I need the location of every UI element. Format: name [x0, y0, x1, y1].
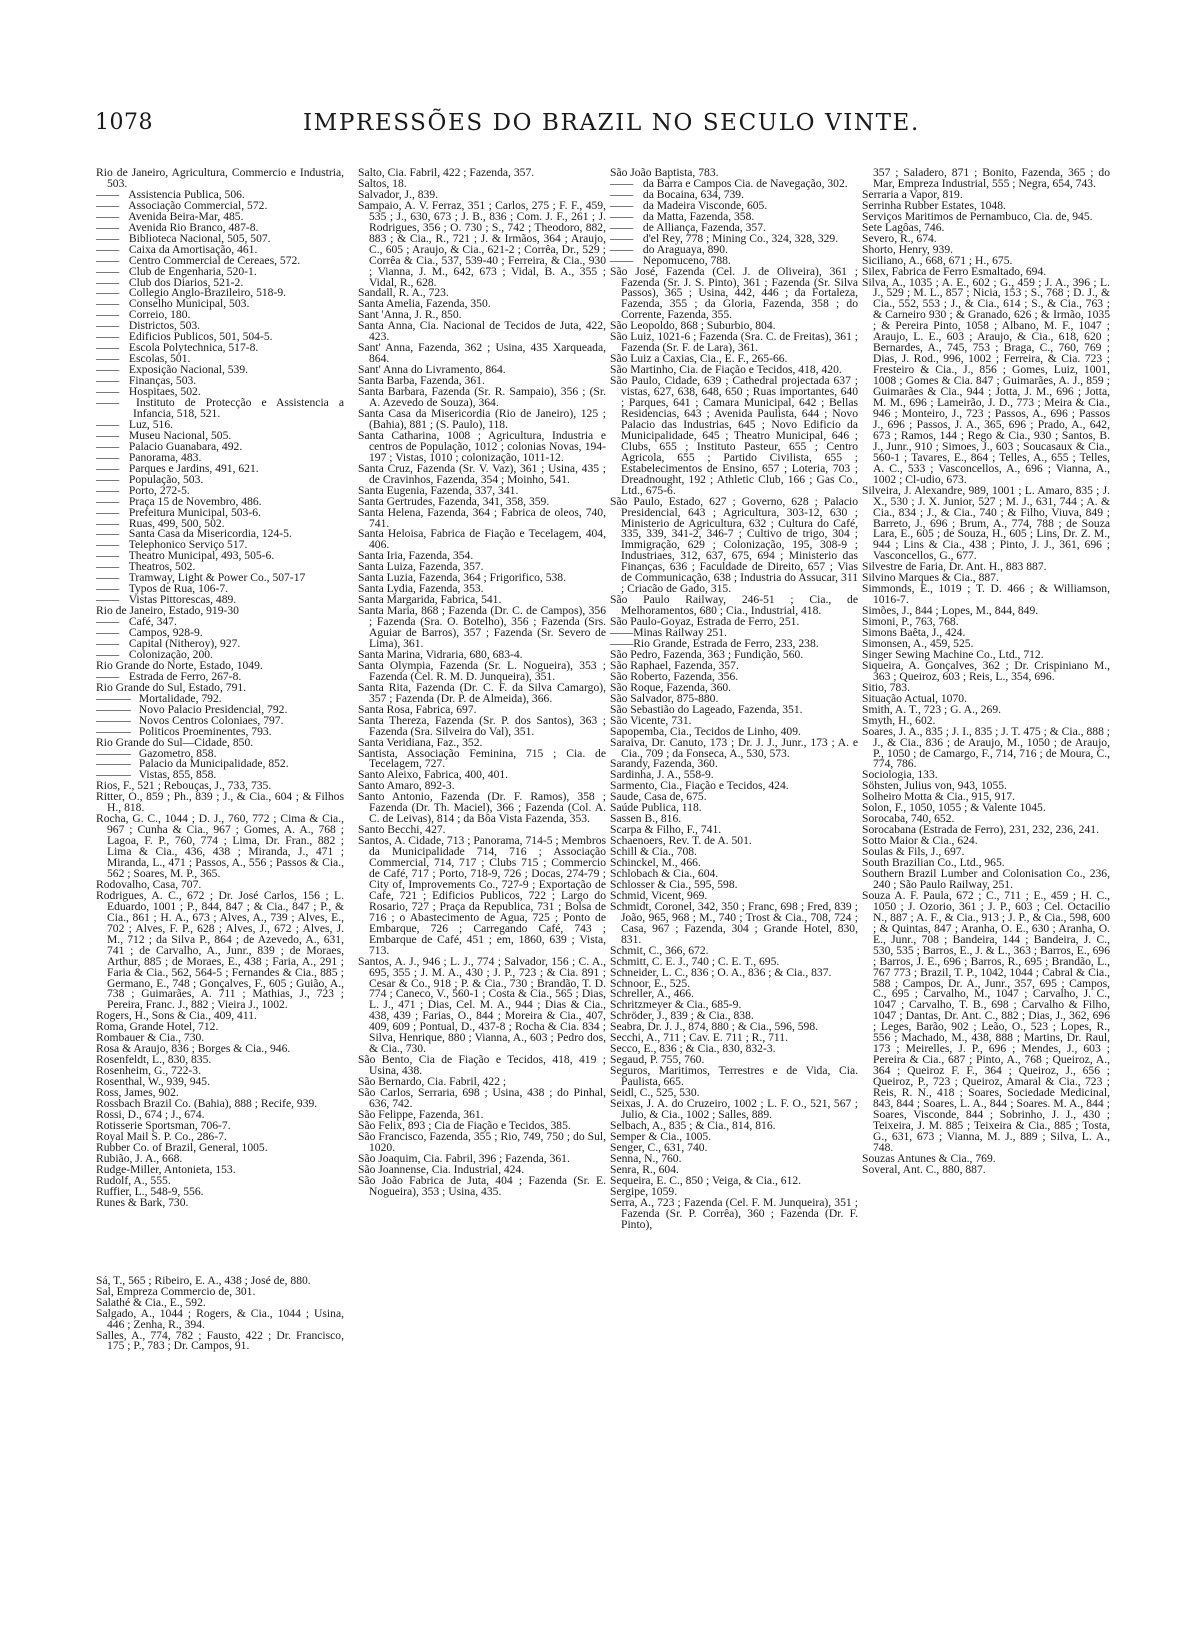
index-entry: Soveral, Ant. C., 880, 887.	[862, 1165, 1110, 1176]
index-entry: Santos, A. J., 946 ; L. J., 774 ; Salvad…	[358, 957, 606, 1056]
index-entry: São Bento, Cia de Fiação e Tecidos, 418,…	[358, 1055, 606, 1077]
index-entry: Santa Helena, Fazenda, 364 ; Fabrica de …	[358, 508, 606, 530]
page-header: 1078 IMPRESSÕES DO BRAZIL NO SECULO VINT…	[95, 110, 1095, 146]
index-entry: Santa Cruz, Fazenda (Sr. V. Vaz), 361 ; …	[358, 464, 606, 486]
index-entry: Santa Casa da Misericordia (Rio de Janei…	[358, 409, 606, 431]
index-entry: São Francisco, Fazenda, 355 ; Rio, 749, …	[358, 1132, 606, 1154]
index-entry: Runes & Bark, 730.	[96, 1198, 344, 1209]
index-entry: Sampaio, A. V. Ferraz, 351 ; Carlos, 275…	[358, 201, 606, 289]
index-entry: Santa Catharina, 1008 ; Agricultura, Ind…	[358, 431, 606, 464]
index-entry: Saraiva, Dr. Canuto, 173 ; Dr. J. J., Ju…	[610, 738, 858, 760]
index-entry: Rio de Janeiro, Agricultura, Commercio e…	[96, 168, 344, 190]
index-entry: Salles, A., 774, 782 ; Fausto, 422 ; Dr.…	[96, 1331, 344, 1353]
index-entry: Simmonds, E., 1019 ; T. D. 466 ; & Willi…	[862, 584, 1110, 606]
index-entry: Southern Brazil Lumber and Colonisation …	[862, 869, 1110, 891]
index-entry: São João Fabrica de Juta, 404 ; Fazenda …	[358, 1176, 606, 1198]
index-entry: São José, Fazenda (Cel. J. de Oliveira),…	[610, 267, 858, 322]
index-entry-continued: 357 ; Saladero, 871 ; Bonito, Fazenda, 3…	[862, 168, 1110, 190]
index-column-4: 357 ; Saladero, 871 ; Bonito, Fazenda, 3…	[862, 168, 1110, 1176]
index-entry: Santa Maria, 868 ; Fazenda (Dr. C. de Ca…	[358, 606, 606, 650]
index-entry: Souza A. F. Paula, 672 ; C., 711 ; E., 4…	[862, 891, 1110, 1154]
index-entry: Santos, A. Cidade, 713 ; Panorama, 714-5…	[358, 836, 606, 956]
index-entry: Siqueira, A. Gonçalves, 362 ; Dr. Crispi…	[862, 661, 1110, 683]
page-number: 1078	[95, 110, 153, 135]
index-entry: Serra, A., 723 ; Fazenda (Cel. F. M. Jun…	[610, 1198, 858, 1231]
index-subentry: ——— Palacio da Municipalidade, 852.	[96, 759, 344, 770]
index-entry: São Paulo, Estado, 627 ; Governo, 628 ; …	[610, 497, 858, 596]
index-entry: Santa Olympia, Fazenda (Sr. L. Nogueira)…	[358, 661, 606, 683]
index-column-2: Salto, Cia. Fabril, 422 ; Fazenda, 357.S…	[358, 168, 606, 1198]
index-entry: São Luiz, 1021-6 ; Fazenda (Sra. C. de F…	[610, 332, 858, 354]
index-entry: Rodrigues, A. C., 672 ; Dr. José Carlos,…	[96, 891, 344, 1011]
index-entry: Santo Antonio, Fazenda (Dr. F. Ramos), 3…	[358, 792, 606, 825]
index-entry: Silva, A., 1035 ; A. E., 602 ; G., 459 ;…	[862, 278, 1110, 486]
index-entry: Santa Anna, Cia. Nacional de Tecidos de …	[358, 321, 606, 343]
index-entry: Rio Grande do Sul—Cidade, 850.	[96, 738, 344, 749]
index-entry: São Paulo, Cidade, 639 ; Cathedral proje…	[610, 376, 858, 496]
subentry-text: Instituto de Protecção e Assistencia a I…	[133, 396, 344, 420]
index-entry: Salgado, A., 1044 ; Rogers, & Cia., 1044…	[96, 1309, 344, 1331]
index-entry: Soares, J. A., 835 ; J. I., 835 ; J. T. …	[862, 727, 1110, 771]
index-entry: Santa Heloisa, Fabrica de Fiação e Tecel…	[358, 529, 606, 551]
index-entry: Santa Barbara, Fazenda (Sr. R. Sampaio),…	[358, 387, 606, 409]
index-entry: São Carlos, Serraria, 698 ; Usina, 438 ;…	[358, 1088, 606, 1110]
index-entry: Sant' Anna, Fazenda, 362 ; Usina, 435 Xa…	[358, 343, 606, 365]
section-spacer	[96, 1220, 344, 1264]
ditto-dash: ——	[96, 398, 126, 409]
index-entry: Santista, Associação Feminina, 715 ; Cia…	[358, 749, 606, 771]
index-entry: Seixas, J. A. do Cruzeiro, 1002 ; L. F. …	[610, 1099, 858, 1121]
index-entry: Ritter, O., 859 ; Ph., 839 ; J., & Cia.,…	[96, 792, 344, 814]
index-entry: Santa Thereza, Fazenda (Sr. P. dos Santo…	[358, 716, 606, 738]
index-entry: São Paulo Railway, 246-51 ; Cia., de Mel…	[610, 595, 858, 617]
running-title: IMPRESSÕES DO BRAZIL NO SECULO VINTE.	[303, 110, 920, 136]
index-column-1: Rio de Janeiro, Agricultura, Commercio e…	[96, 168, 344, 1352]
index-column-3: São João Baptista, 783.—— da Barra e Cam…	[610, 168, 858, 1230]
index-entry: Santa Rita, Fazenda (Dr. C. F. da Silva …	[358, 683, 606, 705]
index-entry: Schmidt, Coronel, 342, 350 ; Franc, 698 …	[610, 902, 858, 946]
index-subentry: —— Instituto de Protecção e Assistencia …	[96, 398, 344, 420]
index-entry: Rocha, G. C., 1044 ; D. J., 760, 772 ; C…	[96, 814, 344, 880]
index-entry: Silveira, J. Alexandre, 989, 1001 ; L. A…	[862, 486, 1110, 563]
index-entry: Seguros, Maritimos, Terrestres e de Vida…	[610, 1066, 858, 1088]
